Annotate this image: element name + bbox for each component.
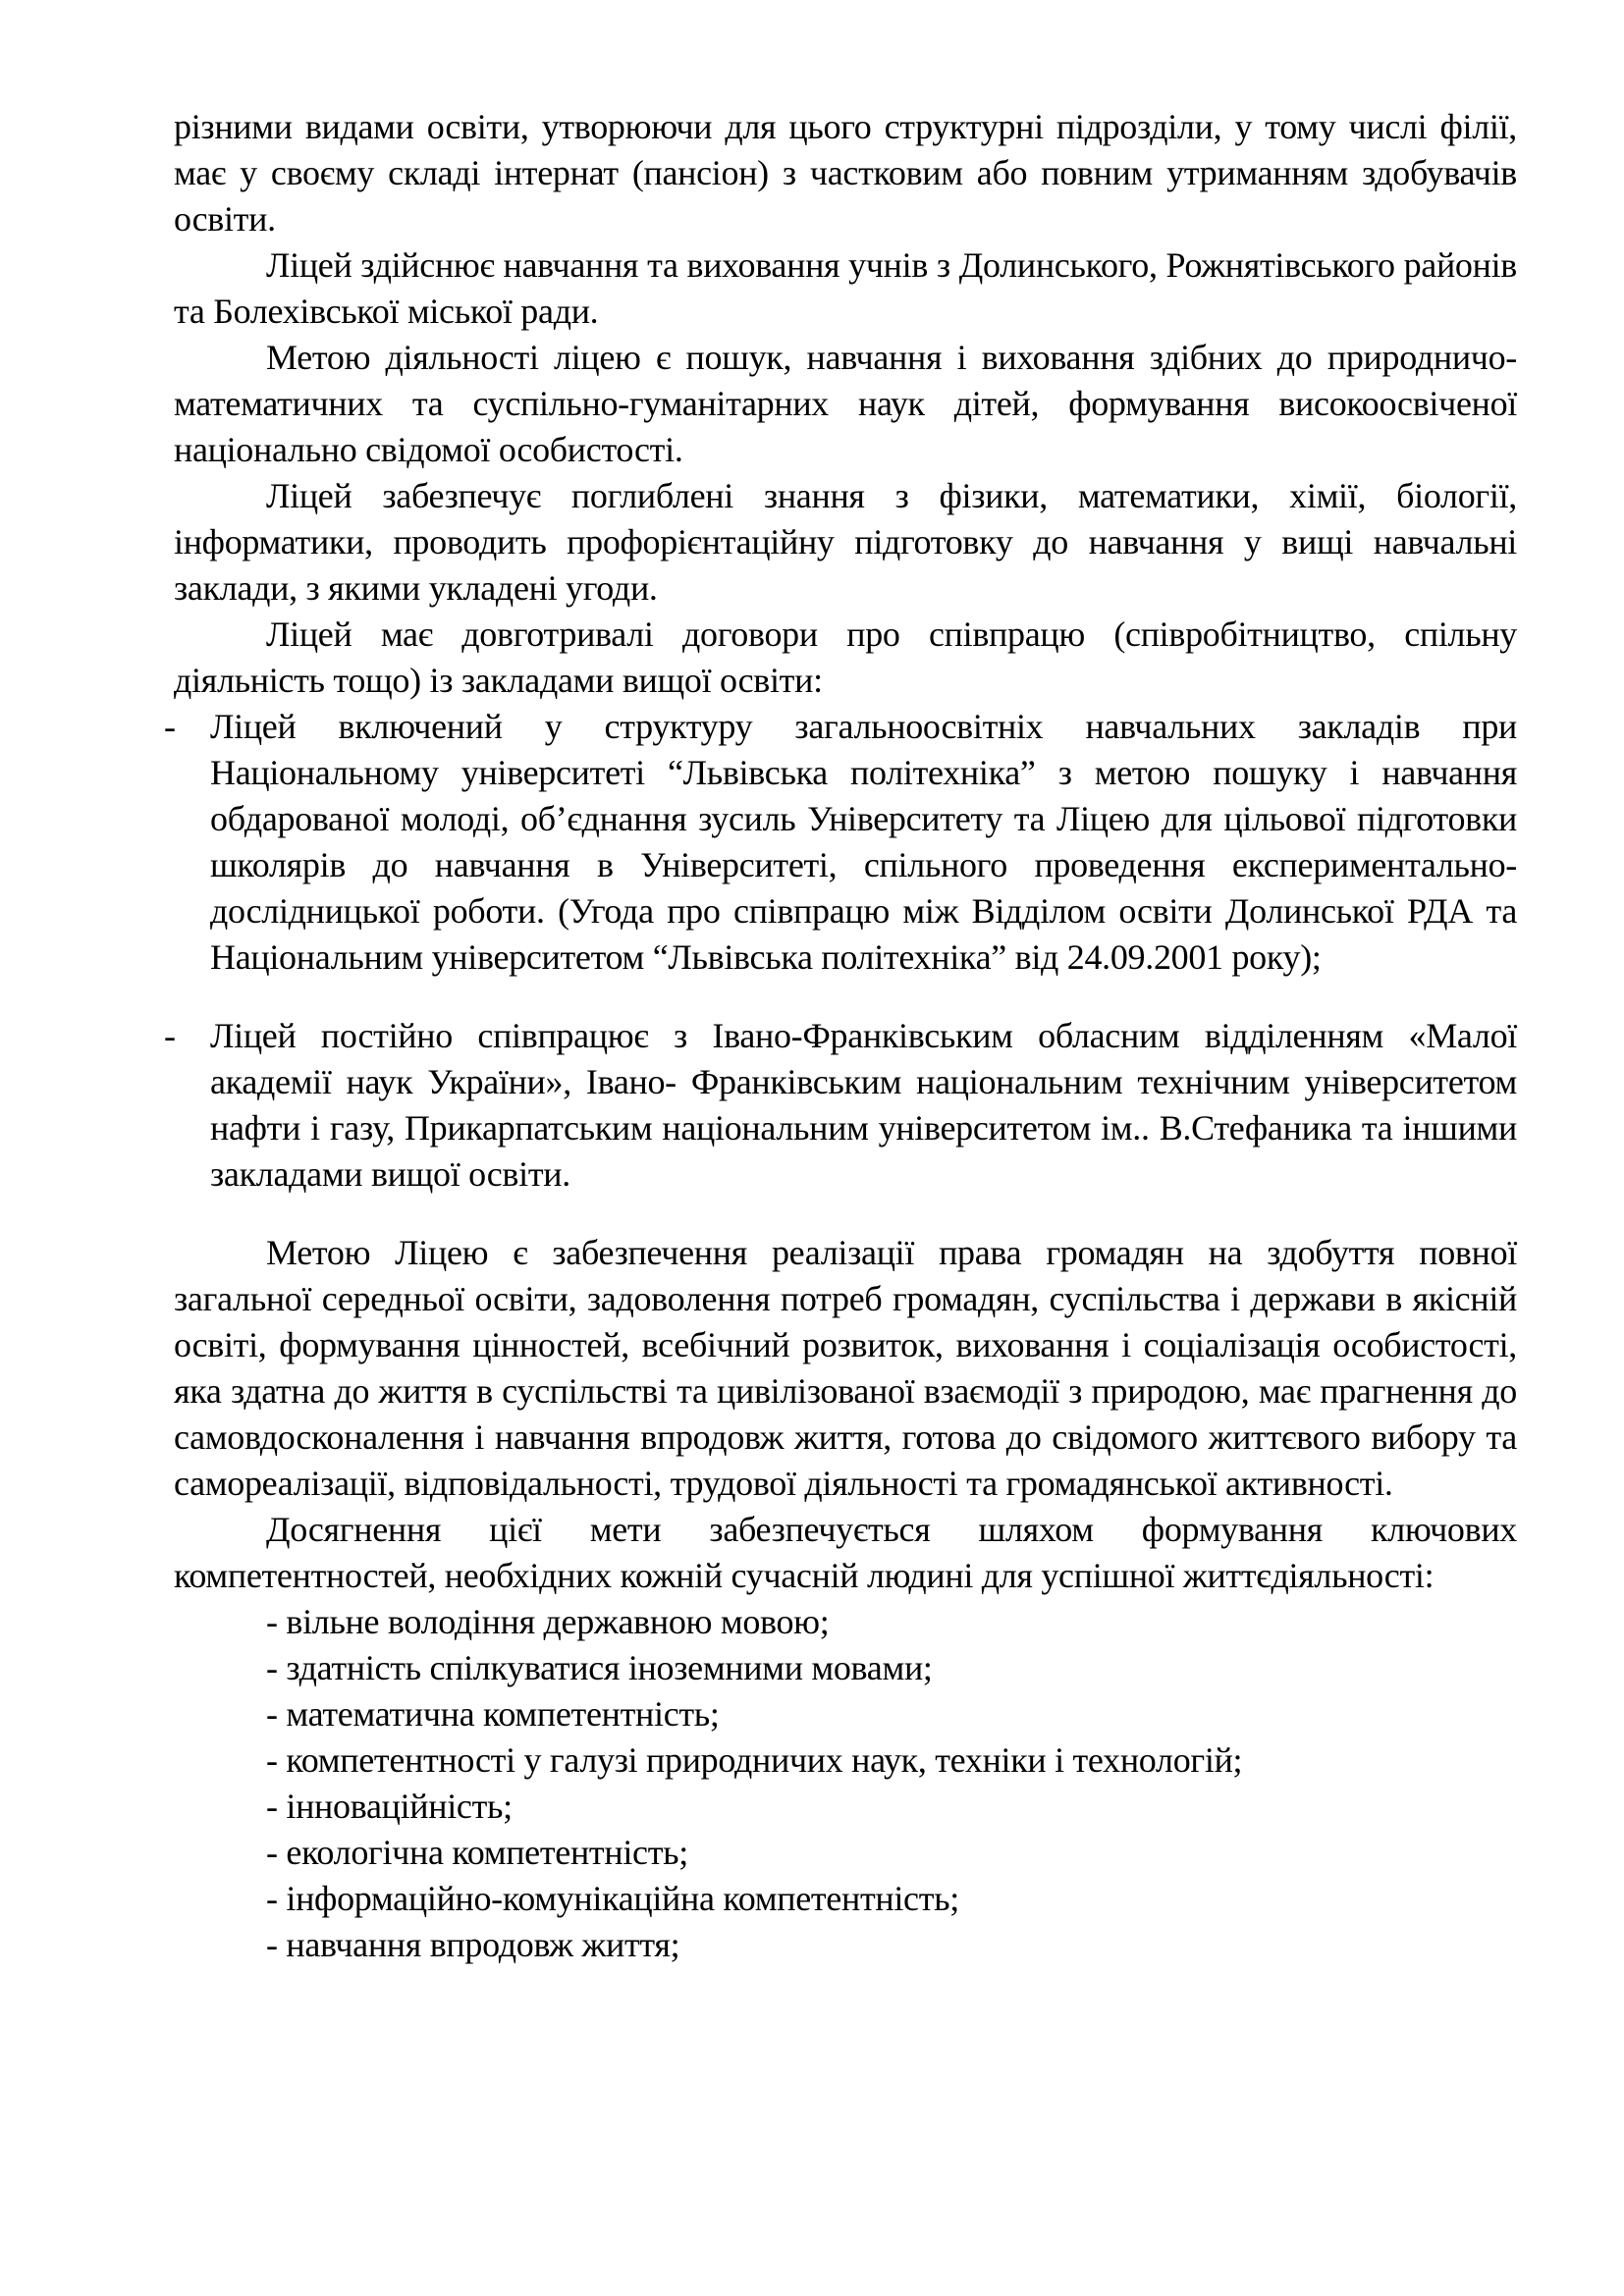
list-item: - інформаційно-комунікаційна компетентні… [174,1876,1517,1922]
paragraph: Метою діяльності ліцею є пошук, навчання… [174,335,1517,473]
document-page: різними видами освіти, утворюючи для цьо… [0,0,1624,2296]
list-item: - екологічна компетентність; [174,1830,1517,1876]
list-item: - математична компетентність; [174,1691,1517,1737]
paragraph: Метою Ліцею є забезпечення реалізації пр… [174,1230,1517,1507]
list-item: - компетентності у галузі природничих на… [174,1737,1517,1784]
list-item: - Ліцей включений у структуру загальноос… [174,704,1517,981]
list-item-marker: - [164,1013,176,1059]
list-item-text: Ліцей включений у структуру загальноосві… [210,707,1517,977]
list-item-text: Ліцей постійно співпрацює з Івано-Франкі… [210,1016,1517,1194]
paragraph: Досягнення цієї мети забезпечується шлях… [174,1507,1517,1599]
page-content: різними видами освіти, утворюючи для цьо… [0,0,1624,1968]
paragraph: Ліцей забезпечує поглиблені знання з фіз… [174,473,1517,612]
paragraph: Ліцей здійснює навчання та виховання учн… [174,242,1517,335]
paragraph: різними видами освіти, утворюючи для цьо… [174,104,1517,242]
list-item: - вільне володіння державною мовою; [174,1599,1517,1645]
list-item-marker: - [164,704,176,750]
list-item: - Ліцей постійно співпрацює з Івано-Фран… [174,1013,1517,1198]
list-item: - здатність спілкуватися іноземними мова… [174,1645,1517,1691]
paragraph: Ліцей має довготривалі договори про спів… [174,612,1517,704]
list-item: - навчання впродовж життя; [174,1922,1517,1968]
list-item: - інноваційність; [174,1784,1517,1830]
